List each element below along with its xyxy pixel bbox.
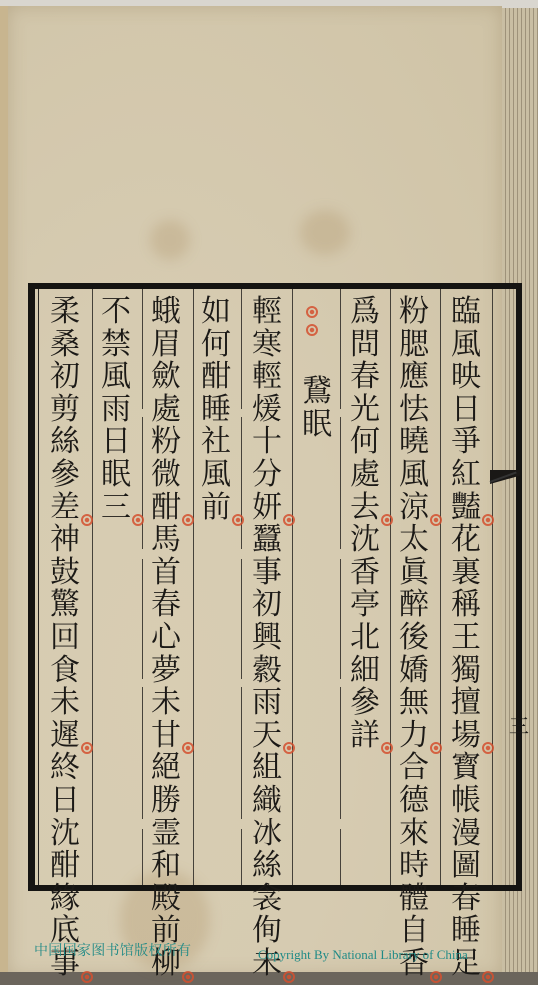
character: 映: [451, 361, 481, 394]
watermark-english: Copyright By National Library of China: [258, 947, 468, 963]
column-rule: [193, 289, 194, 885]
column-rule: [241, 289, 242, 885]
character: 緣: [50, 883, 80, 916]
character: 香: [350, 557, 380, 590]
character: 眠: [302, 409, 332, 442]
character: 遲: [50, 720, 80, 753]
character: 腮: [399, 329, 429, 362]
character: 場: [451, 720, 481, 753]
character: 回: [50, 622, 80, 655]
character: 問: [350, 329, 380, 362]
character: 圖: [451, 850, 481, 883]
character: 德: [399, 785, 429, 818]
character: 鼓: [50, 557, 80, 590]
text-column-6: 如何酣睡社風前: [196, 296, 236, 524]
character: 酣: [201, 361, 231, 394]
character: 絕: [151, 752, 181, 785]
character: 甘: [151, 720, 181, 753]
column-rule: [390, 289, 391, 885]
column-rule: [440, 289, 441, 885]
character: 禁: [101, 329, 131, 362]
character: 寳: [451, 752, 481, 785]
text-column-5: 輕寒輕煖十分妍蠶事初興縠雨天組織冰絲衾侚未: [247, 296, 287, 980]
character: 蛾: [151, 296, 181, 329]
character: 處: [151, 394, 181, 427]
frame-inner-line: [38, 289, 39, 885]
character: 縠: [252, 655, 282, 688]
character: 蠶: [252, 524, 282, 557]
character: 風: [101, 361, 131, 394]
character: 前: [201, 492, 231, 525]
character: 天: [252, 720, 282, 753]
character: 柔: [50, 296, 80, 329]
character: 風: [201, 459, 231, 492]
character: 終: [50, 752, 80, 785]
character: 風: [399, 459, 429, 492]
character: 不: [101, 296, 131, 329]
character: 眞: [399, 557, 429, 590]
character: 鵞: [302, 376, 332, 409]
character: 時: [399, 850, 429, 883]
character: 驚: [50, 589, 80, 622]
character: 來: [399, 818, 429, 851]
character: 醉: [399, 589, 429, 622]
character: 春: [451, 883, 481, 916]
character: 心: [151, 622, 181, 655]
character: 食: [50, 655, 80, 688]
character: 春: [151, 589, 181, 622]
character: 風: [451, 329, 481, 362]
character: 花: [451, 524, 481, 557]
poem-title-column: 鵞眠: [297, 376, 337, 441]
title-circle-mark: [306, 306, 318, 318]
character: 侚: [252, 915, 282, 948]
character: 酣: [50, 850, 80, 883]
character: 帳: [451, 785, 481, 818]
character: 神: [50, 524, 80, 557]
character: 合: [399, 752, 429, 785]
character: 爭: [451, 426, 481, 459]
character: 歛: [151, 361, 181, 394]
punctuation-circle-mark: [81, 971, 93, 983]
character: 獨: [451, 655, 481, 688]
character: 應: [399, 361, 429, 394]
character: 桑: [50, 329, 80, 362]
water-stain: [300, 210, 350, 255]
character: 勝: [151, 785, 181, 818]
character: 詳: [350, 720, 380, 753]
character: 馬: [151, 524, 181, 557]
character: 去: [350, 492, 380, 525]
text-column-9: 柔桑初剪絲參差神鼓驚回食未遲終日沈酣緣底事: [45, 296, 85, 980]
character: 興: [252, 622, 282, 655]
text-column-2: 粉腮應怯曉風涼太眞醉後嬌無力合德來時體自香: [394, 296, 434, 980]
character: 未: [151, 687, 181, 720]
column-rule: [92, 289, 93, 885]
punctuation-circle-mark: [283, 971, 295, 983]
character: 曉: [399, 426, 429, 459]
character: 輕: [252, 361, 282, 394]
character: 後: [399, 622, 429, 655]
text-column-1: 臨風映日爭紅豔花裏稱王獨擅場寳帳漫圖春睡足: [446, 296, 486, 980]
character: 日: [50, 785, 80, 818]
character: 豔: [451, 492, 481, 525]
character: 絲: [252, 850, 282, 883]
character: 擅: [451, 687, 481, 720]
character: 妍: [252, 492, 282, 525]
character: 稱: [451, 589, 481, 622]
character: 差: [50, 492, 80, 525]
character: 輕: [252, 296, 282, 329]
character: 粉: [151, 426, 181, 459]
character: 體: [399, 883, 429, 916]
character: 處: [350, 459, 380, 492]
punctuation-circle-mark: [182, 971, 194, 983]
character: 睡: [201, 394, 231, 427]
character: 寒: [252, 329, 282, 362]
character: 雨: [101, 394, 131, 427]
character: 涼: [399, 492, 429, 525]
character: 三: [101, 492, 131, 525]
character: 分: [252, 459, 282, 492]
character: 夢: [151, 655, 181, 688]
water-stain: [150, 220, 190, 260]
character: 社: [201, 426, 231, 459]
character: 煖: [252, 394, 282, 427]
character: 冰: [252, 818, 282, 851]
character: 參: [50, 459, 80, 492]
character: 織: [252, 785, 282, 818]
character: 絲: [50, 426, 80, 459]
character: 粉: [399, 296, 429, 329]
character: 如: [201, 296, 231, 329]
character: 漫: [451, 818, 481, 851]
character: 沈: [50, 818, 80, 851]
punctuation-circle-mark: [482, 971, 494, 983]
character: 力: [399, 720, 429, 753]
column-rule: [292, 289, 293, 885]
character: 北: [350, 622, 380, 655]
character: 首: [151, 557, 181, 590]
character: 何: [201, 329, 231, 362]
punctuation-circle-mark: [430, 971, 442, 983]
character: 裏: [451, 557, 481, 590]
character: 未: [50, 687, 80, 720]
character: 春: [350, 361, 380, 394]
watermark-chinese: 中国国家图书馆版权所有: [34, 940, 191, 960]
character: 殿: [151, 883, 181, 916]
character: 嬌: [399, 655, 429, 688]
character: 怯: [399, 394, 429, 427]
character: 眠: [101, 459, 131, 492]
character: 細: [350, 655, 380, 688]
character: 自: [399, 915, 429, 948]
character: 眉: [151, 329, 181, 362]
title-circle-mark: [306, 324, 318, 336]
character: 沈: [350, 524, 380, 557]
character: 日: [101, 426, 131, 459]
character: 日: [451, 394, 481, 427]
character: 初: [50, 361, 80, 394]
character: 參: [350, 687, 380, 720]
character: 和: [151, 850, 181, 883]
character: 霊: [151, 818, 181, 851]
character: 何: [350, 426, 380, 459]
character: 亭: [350, 589, 380, 622]
text-column-3: 爲問春光何處去沈香亭北細參詳: [345, 296, 385, 752]
margin-page-number: 三: [509, 710, 529, 739]
character: 組: [252, 752, 282, 785]
column-rule: [142, 289, 143, 885]
character: 衾: [252, 883, 282, 916]
character: 臨: [451, 296, 481, 329]
character: 睡: [451, 915, 481, 948]
character: 無: [399, 687, 429, 720]
character: 剪: [50, 394, 80, 427]
character: 王: [451, 622, 481, 655]
column-rule: [340, 289, 341, 885]
character: 太: [399, 524, 429, 557]
character: 十: [252, 426, 282, 459]
character: 事: [252, 557, 282, 590]
column-rule: [492, 289, 493, 885]
character: 酣: [151, 492, 181, 525]
text-column-7: 蛾眉歛處粉微酣馬首春心夢未甘絕勝霊和殿前柳: [146, 296, 186, 980]
character: 光: [350, 394, 380, 427]
character: 雨: [252, 687, 282, 720]
character: 紅: [451, 459, 481, 492]
character: 爲: [350, 296, 380, 329]
text-column-8: 不禁風雨日眠三: [96, 296, 136, 524]
character: 初: [252, 589, 282, 622]
character: 微: [151, 459, 181, 492]
